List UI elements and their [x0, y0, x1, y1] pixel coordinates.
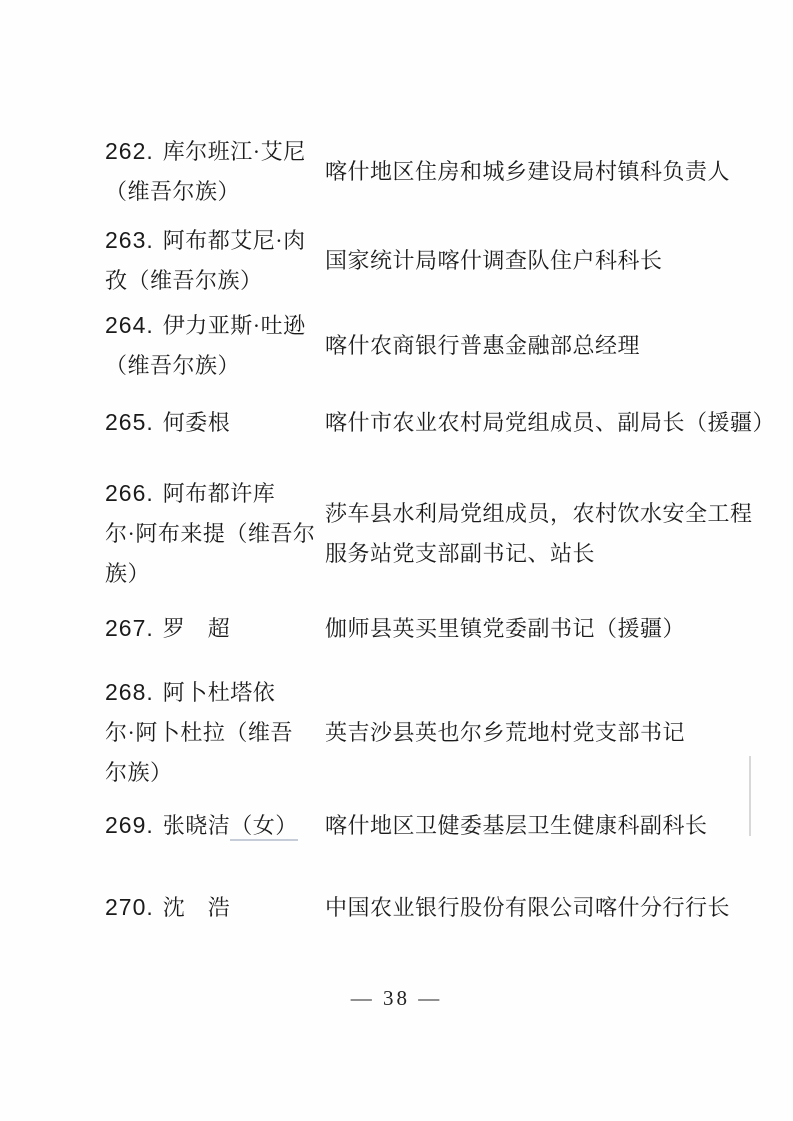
entry-number: 266. [105, 480, 154, 506]
entry-name-text: 族） [105, 554, 325, 594]
entry-position-text: 喀什市农业农村局党组成员、副局长（援疆） [325, 403, 775, 443]
entry-name-text: 孜（维吾尔族） [105, 261, 325, 301]
entry-number: 264. [105, 312, 154, 338]
entry-name-text: 伊力亚斯·吐逊 [163, 313, 306, 338]
list-item: 269.张晓洁（女） 喀什地区卫健委基层卫生健康科副科长 [105, 805, 743, 846]
entry-name: 265.何委根 [105, 402, 325, 443]
entry-position-text: 喀什农商银行普惠金融部总经理 [325, 326, 743, 366]
scan-artifact-line [749, 756, 751, 836]
entry-number: 265. [105, 409, 154, 435]
entry-position-text: 中国农业银行股份有限公司喀什分行行长 [325, 888, 743, 928]
entry-number: 262. [105, 138, 154, 164]
entry-name: 262.库尔班江·艾尼 （维吾尔族） [105, 131, 325, 212]
entry-name-text: 阿布都艾尼·肉 [163, 228, 306, 253]
list-item: 264.伊力亚斯·吐逊 （维吾尔族） 喀什农商银行普惠金融部总经理 [105, 305, 743, 386]
entry-position-text: 伽师县英买里镇党委副书记（援疆） [325, 609, 743, 649]
entry-number: 263. [105, 227, 154, 253]
entry-number: 267. [105, 615, 154, 641]
entry-position-text: 国家统计局喀什调查队住户科科长 [325, 241, 743, 281]
entry-name-text: 罗 超 [163, 616, 231, 641]
entry-name: 268.阿卜杜塔依 尔·阿卜杜拉（维吾 尔族） [105, 672, 325, 793]
list-item: 263.阿布都艾尼·肉 孜（维吾尔族） 国家统计局喀什调查队住户科科长 [105, 220, 743, 301]
entry-name-text: 张晓洁 [163, 813, 231, 838]
entry-number: 269. [105, 812, 154, 838]
list-item: 265.何委根 喀什市农业农村局党组成员、副局长（援疆） [105, 402, 743, 443]
entry-name: 264.伊力亚斯·吐逊 （维吾尔族） [105, 305, 325, 386]
entry-name: 266.阿布都许库 尔·阿布来提（维吾尔 族） [105, 473, 325, 594]
entry-name-text: 尔·阿布来提（维吾尔 [105, 514, 325, 554]
entry-position: 中国农业银行股份有限公司喀什分行行长 [325, 888, 743, 928]
entry-name-text: （维吾尔族） [105, 172, 325, 212]
entry-name-text: 尔·阿卜杜拉（维吾 [105, 713, 325, 753]
entry-name: 267.罗 超 [105, 608, 325, 649]
entry-position: 国家统计局喀什调查队住户科科长 [325, 241, 743, 281]
entry-name: 263.阿布都艾尼·肉 孜（维吾尔族） [105, 220, 325, 301]
list-item: 270.沈 浩 中国农业银行股份有限公司喀什分行行长 [105, 887, 743, 928]
entry-name: 270.沈 浩 [105, 887, 325, 928]
document-page: 262.库尔班江·艾尼 （维吾尔族） 喀什地区住房和城乡建设局村镇科负责人 26… [0, 0, 793, 1121]
entry-position-text: 喀什地区卫健委基层卫生健康科副科长 [325, 806, 743, 846]
entry-name-text: 尔族） [105, 753, 325, 793]
entry-name-text: 何委根 [163, 410, 231, 435]
entry-name: 269.张晓洁（女） [105, 805, 325, 846]
entry-name-text: 阿卜杜塔依 [163, 680, 276, 705]
entry-position-text: 英吉沙县英也尔乡荒地村党支部书记 [325, 713, 743, 753]
officials-list: 262.库尔班江·艾尼 （维吾尔族） 喀什地区住房和城乡建设局村镇科负责人 26… [105, 131, 743, 928]
entry-name-text: （维吾尔族） [105, 346, 325, 386]
list-item: 262.库尔班江·艾尼 （维吾尔族） 喀什地区住房和城乡建设局村镇科负责人 [105, 131, 743, 212]
entry-position: 伽师县英买里镇党委副书记（援疆） [325, 609, 743, 649]
entry-number: 268. [105, 679, 154, 705]
entry-position-text: 喀什地区住房和城乡建设局村镇科负责人 [325, 152, 743, 192]
entry-position-text: 服务站党支部副书记、站长 [325, 534, 753, 574]
entry-position: 喀什地区卫健委基层卫生健康科副科长 [325, 806, 743, 846]
entry-number: 270. [105, 894, 154, 920]
entry-position: 英吉沙县英也尔乡荒地村党支部书记 [325, 713, 743, 753]
entry-position: 喀什农商银行普惠金融部总经理 [325, 326, 743, 366]
entry-name-text: 阿布都许库 [163, 481, 276, 506]
list-item: 266.阿布都许库 尔·阿布来提（维吾尔 族） 莎车县水利局党组成员，农村饮水安… [105, 473, 743, 594]
entry-name-text: 沈 浩 [163, 895, 231, 920]
entry-position: 喀什市农业农村局党组成员、副局长（援疆） [325, 403, 775, 443]
entry-name-text: 库尔班江·艾尼 [163, 139, 306, 164]
page-number: — 38 — [0, 986, 793, 1011]
list-item: 267.罗 超 伽师县英买里镇党委副书记（援疆） [105, 608, 743, 649]
entry-position: 喀什地区住房和城乡建设局村镇科负责人 [325, 152, 743, 192]
entry-position-text: 莎车县水利局党组成员，农村饮水安全工程 [325, 494, 753, 534]
list-item: 268.阿卜杜塔依 尔·阿卜杜拉（维吾 尔族） 英吉沙县英也尔乡荒地村党支部书记 [105, 672, 743, 793]
entry-position: 莎车县水利局党组成员，农村饮水安全工程 服务站党支部副书记、站长 [325, 494, 753, 574]
entry-name-note: （女） [230, 813, 298, 841]
